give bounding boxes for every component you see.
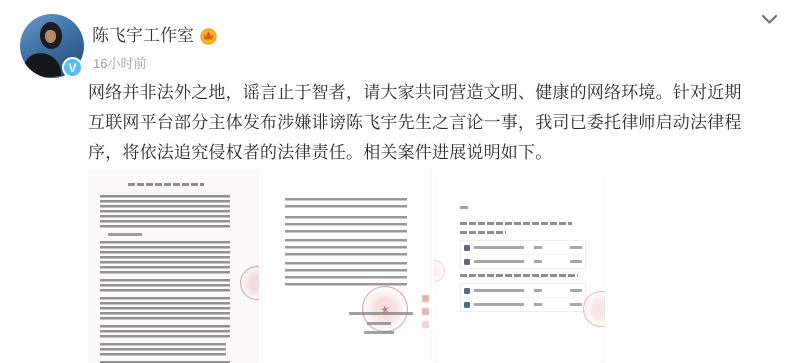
document-heading-line (460, 274, 578, 277)
document-paragraph (285, 262, 407, 286)
table-row (461, 298, 585, 311)
table-row (461, 241, 585, 255)
verified-v-icon: V (62, 57, 83, 78)
document-paragraph (285, 216, 407, 233)
post-timestamp[interactable]: 16小时前 (93, 56, 146, 72)
user-avatar-icon (464, 245, 470, 251)
document-short-line (460, 206, 468, 209)
document-paragraph (285, 239, 407, 256)
chevron-down-icon[interactable] (755, 8, 783, 30)
document-heading-line (460, 231, 506, 234)
document-paragraph (100, 325, 230, 338)
document-heading-line (460, 222, 572, 225)
signature-date-line (364, 331, 394, 334)
red-seal-stamp-edge (434, 260, 445, 282)
document-paragraph (100, 297, 230, 320)
cell-text-bar (534, 303, 542, 306)
table-row (461, 284, 585, 298)
weibo-post-card: V 陈飞宇工作室 16小时前 网络并非法外之地，谣言止于智者，请大家共同营造文明… (0, 0, 800, 363)
cell-text-bar (570, 303, 582, 306)
cell-text-bar (570, 246, 582, 249)
author-row: 陈飞宇工作室 (92, 26, 217, 46)
cell-text-bar (474, 289, 524, 292)
red-seal-stamp (583, 291, 605, 327)
attachment-image-3[interactable] (434, 170, 605, 363)
cell-text-bar (534, 246, 542, 249)
gold-member-badge-icon (200, 28, 217, 45)
evidence-table (460, 240, 586, 269)
signature-line (349, 312, 413, 315)
table-row (461, 255, 585, 268)
signature-date-line (367, 322, 391, 325)
document-short-line (108, 233, 142, 236)
cell-text-bar (534, 289, 542, 292)
document-title-line (128, 183, 204, 186)
user-avatar-icon (464, 259, 470, 265)
document-paragraph (100, 343, 226, 356)
cell-text-bar (474, 246, 524, 249)
attachment-image-1[interactable] (88, 170, 259, 363)
author-name[interactable]: 陈飞宇工作室 (92, 26, 194, 46)
cell-text-bar (570, 289, 582, 292)
red-seal-stamp (362, 286, 408, 332)
document-paragraph (285, 198, 407, 208)
post-text: 网络并非法外之地，谣言止于智者，请大家共同营造文明、健康的网络环境。针对近期互联… (88, 78, 746, 168)
cell-text-bar (570, 260, 582, 263)
user-avatar-icon (464, 302, 470, 308)
user-avatar-icon (464, 288, 470, 294)
red-margin-mark (422, 295, 429, 302)
evidence-table (460, 283, 586, 312)
cell-text-bar (534, 260, 542, 263)
document-paragraph (100, 195, 230, 228)
attachment-image-2[interactable] (261, 170, 432, 363)
document-paragraph (100, 279, 230, 292)
cell-text-bar (474, 260, 524, 263)
avatar-silhouette (21, 51, 62, 78)
cell-text-bar (474, 303, 524, 306)
verified-letter: V (68, 62, 76, 74)
avatar[interactable]: V (20, 14, 84, 78)
red-seal-stamp (240, 266, 259, 300)
document-paragraph (100, 241, 230, 274)
attachment-grid (88, 170, 605, 363)
